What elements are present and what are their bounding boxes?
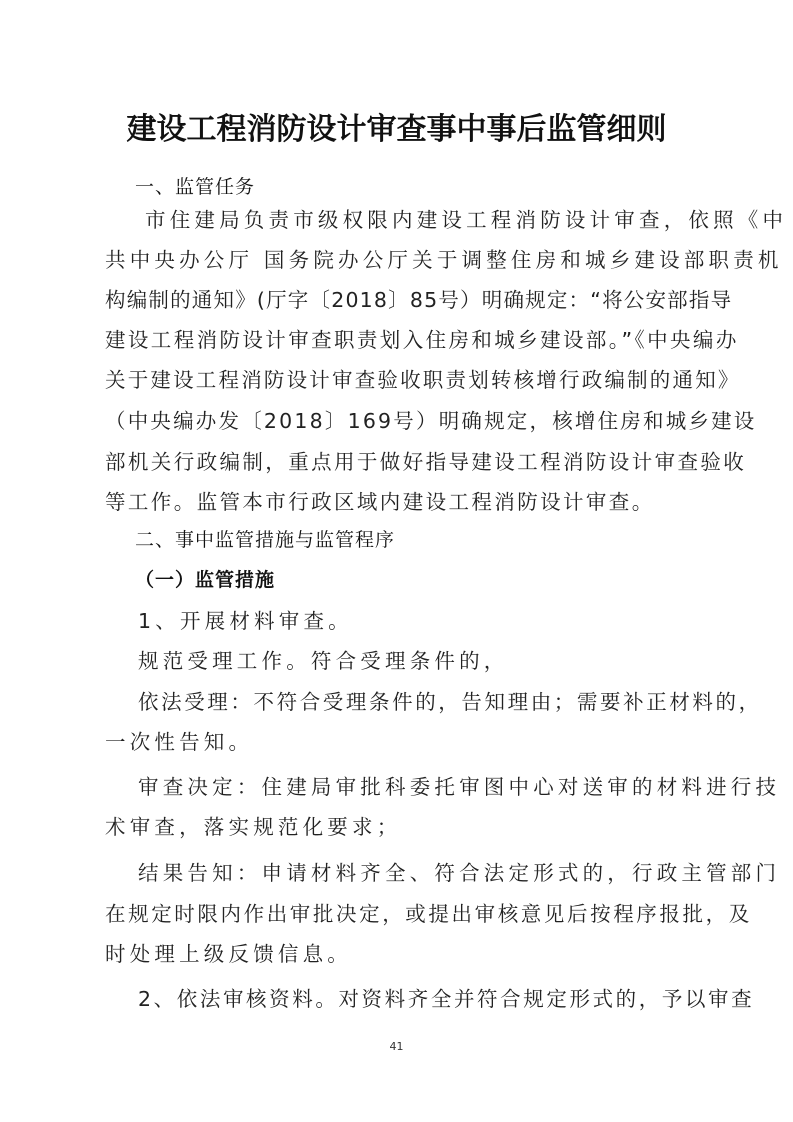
paragraph-line: 术审查，落实规范化要求； xyxy=(105,807,705,847)
paragraph-line: 等工作。监管本市行政区域内建设工程消防设计审查。 xyxy=(105,482,705,522)
paragraph-line: 一次性告知。 xyxy=(105,722,705,762)
paragraph-line: 2、依法审核资料。对资料齐全并符合规定形式的，予以审查 xyxy=(138,979,738,1019)
subsection-heading: （一）监管措施 xyxy=(135,560,735,600)
document-title: 建设工程消防设计审查事中事后监管细则 xyxy=(0,104,793,148)
paragraph-line: 市住建局负责市级权限内建设工程消防设计审查，依照《中 xyxy=(145,200,705,240)
paragraph-line: 规范受理工作。符合受理条件的， xyxy=(138,641,738,681)
paragraph-line: 在规定时限内作出审批决定，或提出审核意见后按程序报批，及 xyxy=(105,894,705,934)
paragraph-line: （中央编办发〔2018〕169号）明确规定，核增住房和城乡建设 xyxy=(105,401,705,441)
paragraph-line: 构编制的通知》(厅字〔2018〕85号）明确规定：“将公安部指导 xyxy=(105,280,705,320)
paragraph-line: 结果告知：申请材料齐全、符合法定形式的，行政主管部门 xyxy=(138,853,738,893)
paragraph-line: 关于建设工程消防设计审查验收职责划转核增行政编制的通知》 xyxy=(105,360,705,400)
paragraph-line: 审查决定：住建局审批科委托审图中心对送审的材料进行技 xyxy=(138,767,738,807)
page-number: 41 xyxy=(0,1040,793,1053)
document-page: 建设工程消防设计审查事中事后监管细则 一、监管任务 市住建局负责市级权限内建设工… xyxy=(0,0,793,1122)
paragraph-line: 建设工程消防设计审查职责划入住房和城乡建设部。”《中央编办 xyxy=(105,320,705,360)
paragraph-line: 1、开展材料审查。 xyxy=(138,601,738,641)
paragraph-line: 依法受理：不符合受理条件的，告知理由；需要补正材料的， xyxy=(138,682,738,722)
section-heading-2: 二、事中监管措施与监管程序 xyxy=(135,520,735,560)
paragraph-line: 共中央办公厅 国务院办公厅关于调整住房和城乡建设部职责机 xyxy=(105,240,705,280)
paragraph-line: 时处理上级反馈信息。 xyxy=(105,934,705,974)
paragraph-line: 部机关行政编制，重点用于做好指导建设工程消防设计审查验收 xyxy=(105,442,705,482)
